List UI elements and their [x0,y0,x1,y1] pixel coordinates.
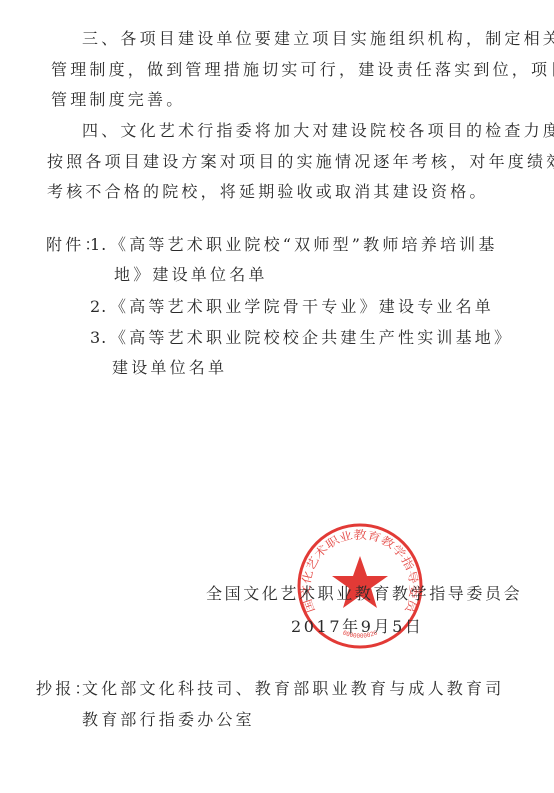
issuing-organization: 全国文化艺术职业教育教学指导委员会 [206,584,522,604]
attachment-1-number: 1. [90,235,107,255]
section3-line-2: 管理制度，做到管理措施切实可行，建设责任落实到位，项目 [51,60,554,80]
section3-line-3: 管理制度完善。 [51,90,185,110]
section4-line-3: 考核不合格的院校，将延期验收或取消其建设资格。 [47,182,489,202]
cc-line-2: 教育部行指委办公室 [82,710,255,730]
attachment-3-line-2: 建设单位名单 [112,358,227,378]
attachment-3-line-1: 《高等艺术职业院校校企共建生产性实训基地》 [110,328,513,348]
attachment-3-number: 3. [90,328,107,348]
section3-line-1: 三、各项目建设单位要建立项目实施组织机构，制定相关 [82,29,554,49]
section4-line-1: 四、文化艺术行指委将加大对建设院校各项目的检查力度， [82,121,554,141]
issue-date: 2017年9月5日 [291,617,423,637]
cc-line-1: 文化部文化科技司、教育部职业教育与成人教育司 [82,679,504,699]
attachment-1-line-2: 地》建设单位名单 [114,265,268,285]
attachment-2-line-1: 《高等艺术职业学院骨干专业》建设专业名单 [110,297,494,317]
section4-line-2: 按照各项目建设方案对项目的实施情况逐年考核，对年度绩效 [47,152,554,172]
attachment-1-line-1: 《高等艺术职业院校“双师型”教师培养培训基 [110,235,498,255]
attachment-2-number: 2. [90,297,107,317]
